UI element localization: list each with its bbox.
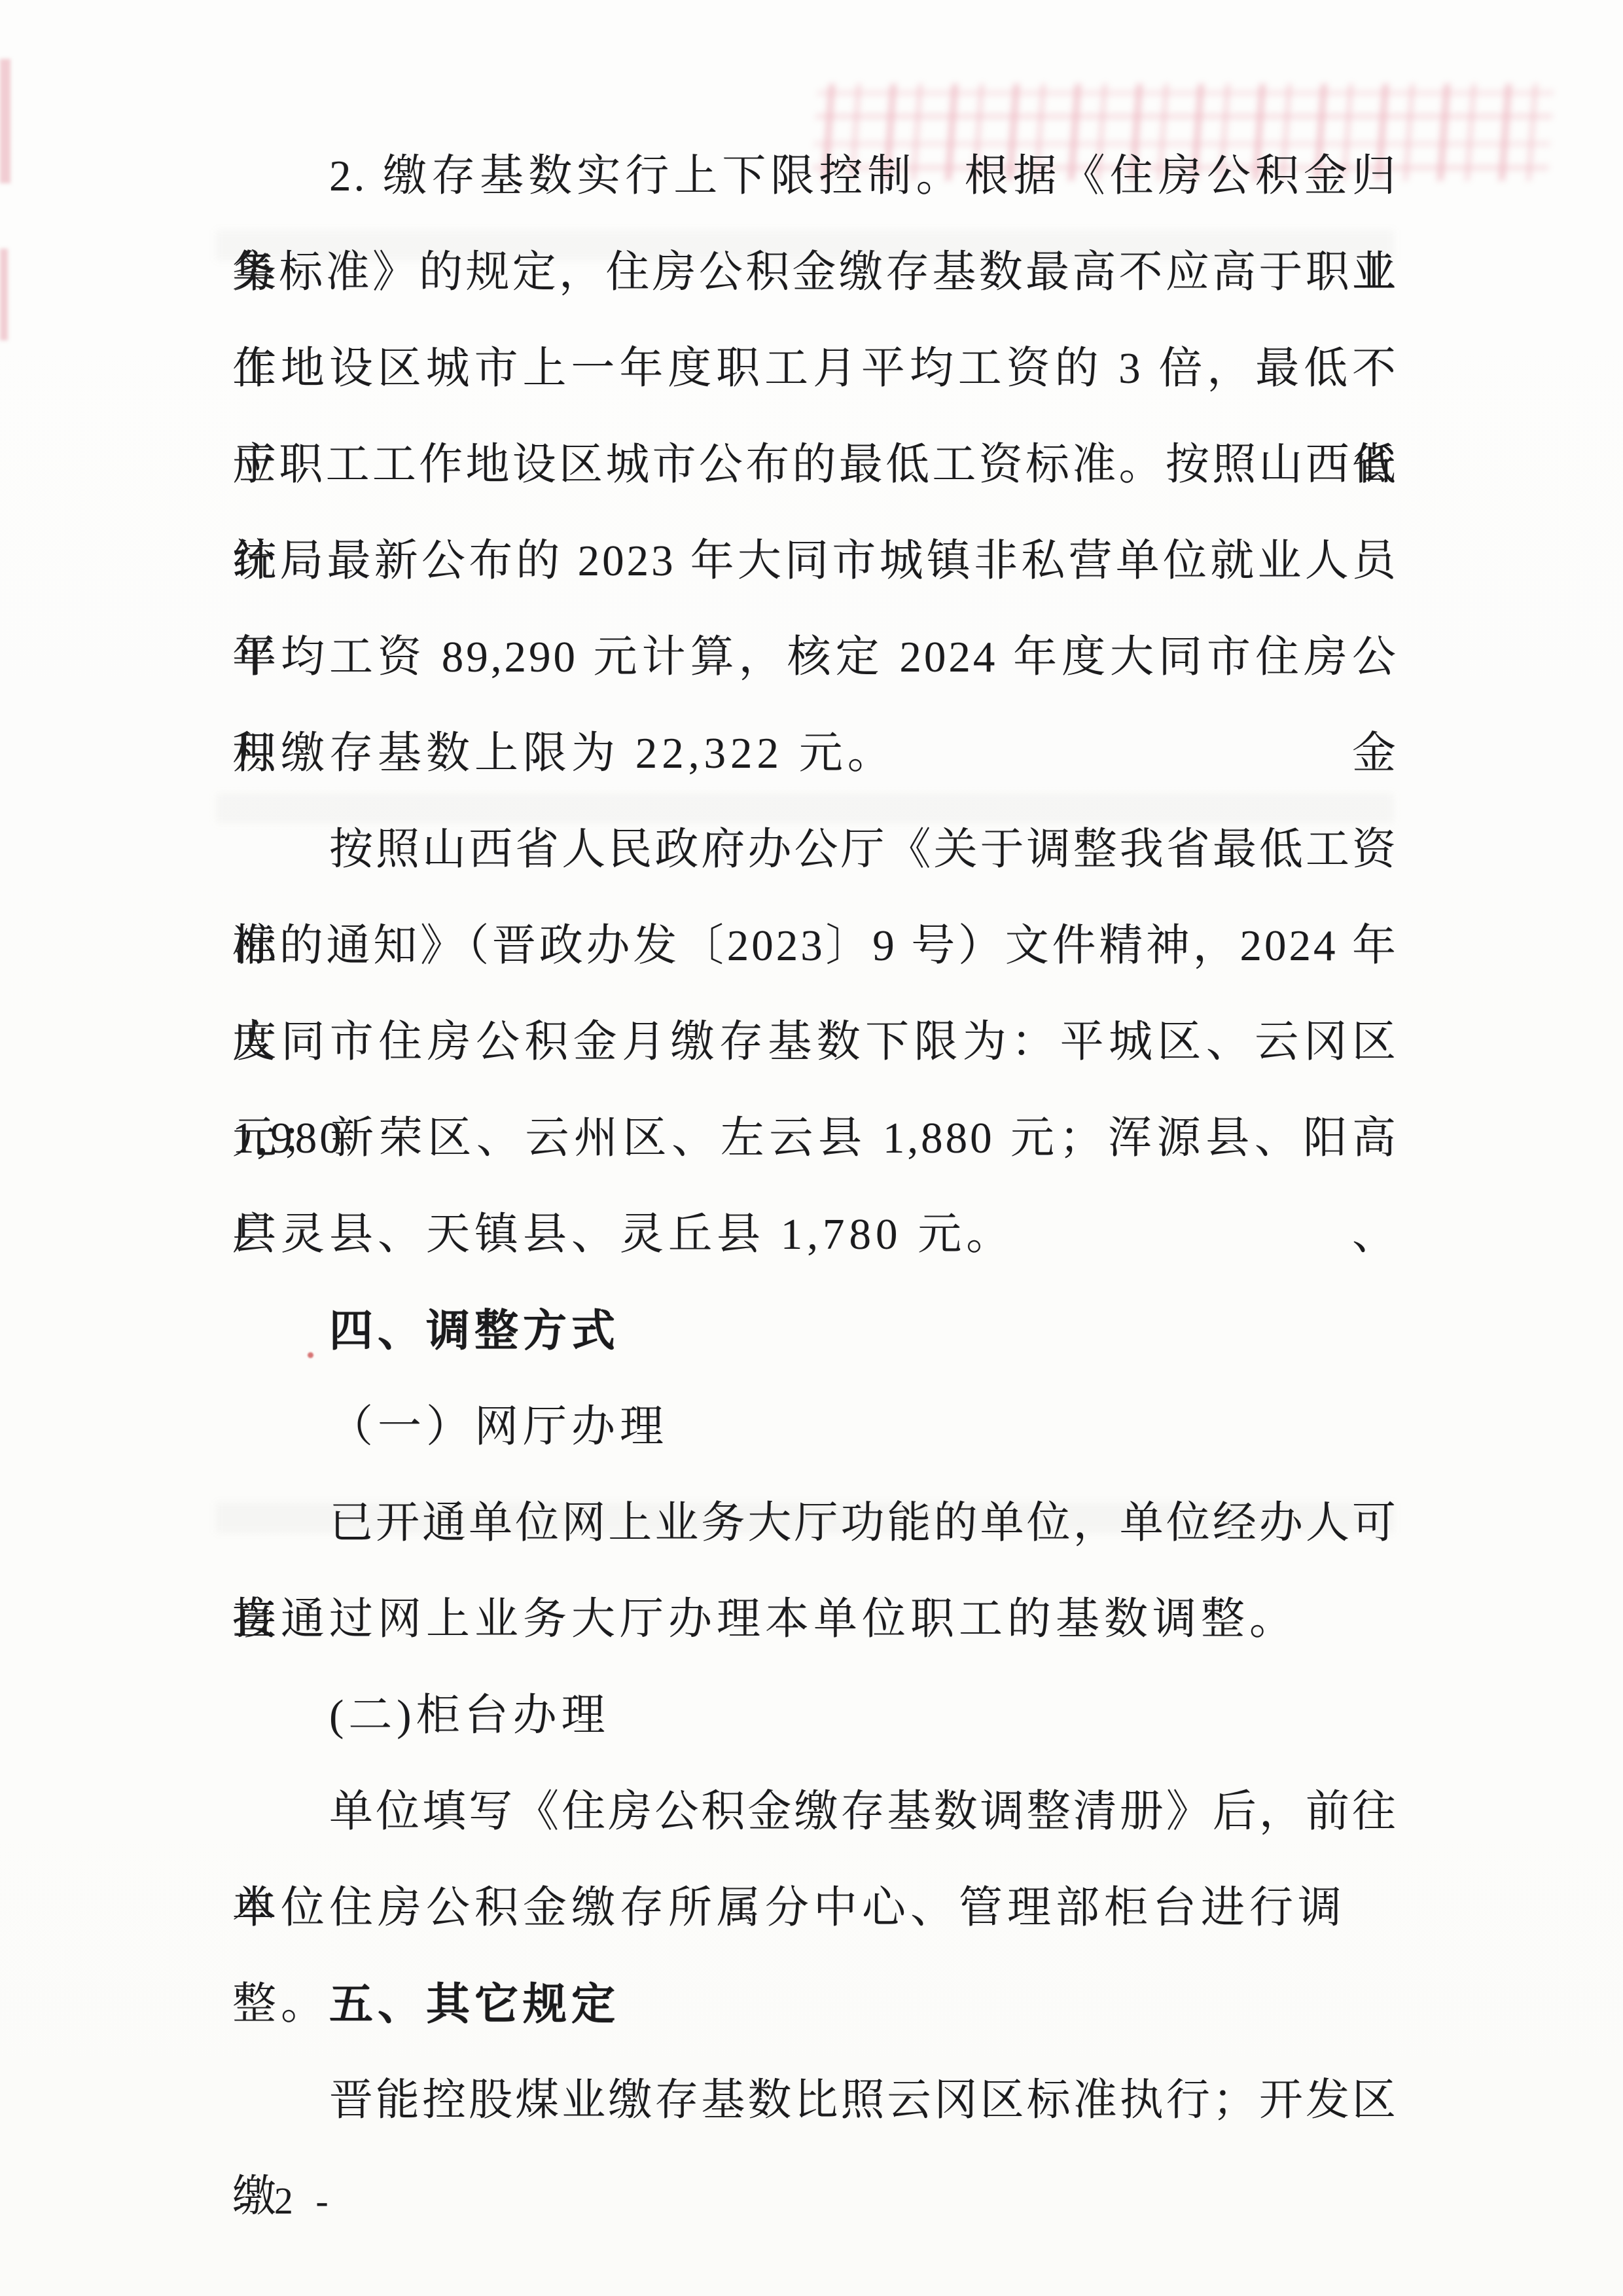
text-line: 元；新荣区、云州区、左云县 1,880 元；浑源县、阳高县、: [232, 1090, 1399, 1187]
text-block: 2. 缴存基数实行上下限控制。根据《住房公积金归集业务标准》的规定，住房公积金缴…: [232, 128, 1399, 2149]
text-line: 五、其它规定: [232, 1956, 1399, 2053]
text-line: 单位填写《住房公积金缴存基数调整清册》后，前往本: [232, 1764, 1399, 1860]
text-line: (二)柜台办理: [232, 1668, 1399, 1764]
left-edge-red-artifact: [0, 249, 8, 340]
text-line: 接通过网上业务大厅办理本单位职工的基数调整。: [232, 1571, 1399, 1668]
text-line: （一）网厅办理: [232, 1379, 1399, 1475]
text-line: 大同市住房公积金月缴存基数下限为：平城区、云冈区 1,980: [232, 994, 1399, 1090]
text-line: 作地设区城市上一年度职工月平均工资的 3 倍，最低不应低: [232, 321, 1399, 417]
text-line: 四、调整方式: [232, 1283, 1399, 1379]
text-line: 于职工工作地设区城市公布的最低工资标准。按照山西省统: [232, 417, 1399, 513]
left-edge-red-artifact: [0, 59, 10, 183]
text-line: 已开通单位网上业务大厅功能的单位，单位经办人可直: [232, 1475, 1399, 1571]
text-line: 准的通知》（晋政办发〔2023〕9 号）文件精神，2024 年度: [232, 898, 1399, 994]
text-line: 2. 缴存基数实行上下限控制。根据《住房公积金归集业: [232, 128, 1399, 224]
text-line: 务标准》的规定，住房公积金缴存基数最高不应高于职工工: [232, 224, 1399, 321]
text-line: 计局最新公布的 2023 年大同市城镇非私营单位就业人员年: [232, 513, 1399, 609]
page-number: - 2 -: [239, 2172, 335, 2231]
text-line: 单位住房公积金缴存所属分中心、管理部柜台进行调整。: [232, 1860, 1399, 1956]
text-line: 平均工资 89,290 元计算，核定 2024 年度大同市住房公积金: [232, 609, 1399, 706]
text-line: 晋能控股煤业缴存基数比照云冈区标准执行；开发区缴: [232, 2053, 1399, 2149]
text-line: 按照山西省人民政府办公厅《关于调整我省最低工资标: [232, 802, 1399, 898]
scanned-document-page: 2. 缴存基数实行上下限控制。根据《住房公积金归集业务标准》的规定，住房公积金缴…: [0, 0, 1623, 2296]
